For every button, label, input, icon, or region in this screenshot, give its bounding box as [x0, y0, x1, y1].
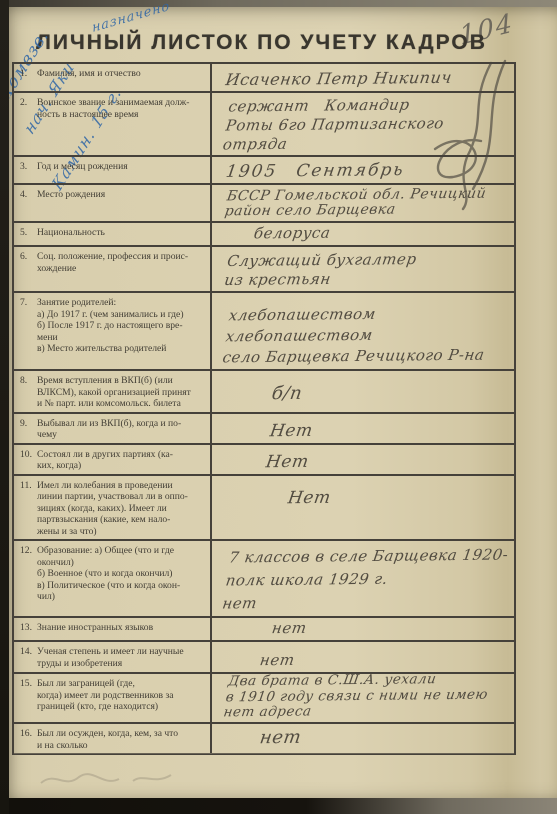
field-label: 10. Состоял ли в других партиях (ка- ких…: [14, 445, 212, 474]
field-number: 6.: [20, 251, 37, 289]
field-label-text: Имел ли колебания в проведении линии пар…: [37, 480, 207, 538]
document-title: ЛИЧНЫЙ ЛИСТОК ПО УЧЕТУ КАДРОВ: [9, 31, 514, 55]
field-number: 16.: [20, 728, 37, 751]
field-label: 2. Воинское звание и занимаемая долж- но…: [14, 93, 212, 155]
field-label: 13. Знание иностранных языков: [14, 618, 212, 640]
field-label: 3. Год и месяц рождения: [14, 157, 212, 183]
field-label-text: Состоял ли в других партиях (ка- ких, ко…: [37, 449, 207, 472]
field-label: 9. Выбывал ли из ВКП(б), когда и по- чем…: [14, 414, 212, 443]
field-label-text: Фамилия, имя и отчество: [37, 68, 207, 89]
scan-edge-bottom: [0, 798, 557, 814]
form-row: 4. Место рождения БССР Гомельской обл. Р…: [14, 185, 514, 223]
field-label-text: Был ли заграницей (где, когда) имеет ли …: [37, 678, 207, 720]
document-paper: 104 ЛИЧНЫЙ ЛИСТОК ПО УЧЕТУ КАДРОВ назнач…: [9, 7, 557, 798]
field-label-text: Выбывал ли из ВКП(б), когда и по- чему: [37, 418, 207, 441]
handwritten-entry: белоруса: [253, 224, 332, 244]
field-value: нет: [212, 724, 514, 753]
field-value: сержант Командир Роты 6го Партизанского …: [212, 93, 514, 155]
field-label: 6. Соц. положение, профессия и проис- хо…: [14, 247, 212, 291]
field-label: 14. Ученая степень и имеет ли научные тр…: [14, 642, 212, 672]
handwritten-entry: нет: [259, 651, 296, 670]
form-row: 10. Состоял ли в других партиях (ка- ких…: [14, 445, 514, 476]
field-number: 7.: [20, 297, 37, 367]
form-row: 5. Национальность белоруса: [14, 223, 514, 247]
field-number: 14.: [20, 646, 37, 670]
scan-edge-left: [0, 0, 9, 814]
field-label-text: Был ли осужден, когда, кем, за что и на …: [37, 728, 207, 751]
field-number: 9.: [20, 418, 37, 441]
field-label-text: Национальность: [37, 227, 207, 243]
field-value: 7 классов в селе Барщевка 1920- полк шко…: [212, 541, 514, 616]
field-number: 4.: [20, 189, 37, 219]
field-label: 12. Образование: а) Общее (что и где око…: [14, 541, 212, 616]
field-label: 4. Место рождения: [14, 185, 212, 221]
field-value: хлебопашеством хлебопашеством село Барще…: [212, 293, 514, 369]
field-label-text: Воинское звание и занимаемая долж- ность…: [37, 97, 207, 153]
handwritten-entry: б/п: [271, 384, 304, 403]
scan-edge-top: [0, 0, 557, 7]
field-value: белоруса: [212, 223, 514, 245]
form-row: 16. Был ли осужден, когда, кем, за что и…: [14, 724, 514, 754]
form-row: 7. Занятие родителей: а) До 1917 г. (чем…: [14, 293, 514, 371]
form-row: 3. Год и месяц рождения 1905 Сентябрь: [14, 157, 514, 185]
field-label-text: Время вступления в ВКП(б) (или ВЛКСМ), к…: [37, 375, 207, 410]
field-label: 5. Национальность: [14, 223, 212, 245]
form-row: 12. Образование: а) Общее (что и где око…: [14, 541, 514, 618]
field-number: 5.: [20, 227, 37, 243]
field-label: 11. Имел ли колебания в проведении линии…: [14, 476, 212, 540]
form-row: 14. Ученая степень и имеет ли научные тр…: [14, 642, 514, 674]
field-value: Нет: [212, 414, 514, 443]
field-number: 12.: [20, 545, 37, 614]
field-value: Нет: [212, 476, 514, 540]
handwritten-entry: Исаченко Петр Никипич: [224, 68, 453, 89]
handwritten-entry: Два брата в С.Ш.А. уехали в 1910 году св…: [222, 672, 491, 721]
field-number: 15.: [20, 678, 37, 720]
field-number: 1.: [20, 68, 37, 89]
handwritten-entry: Служащий бухгалтер из крестьян: [223, 250, 418, 290]
field-label-text: Образование: а) Общее (что и где окончил…: [37, 545, 207, 614]
field-label: 1. Фамилия, имя и отчество: [14, 64, 212, 91]
field-label-text: Знание иностранных языков: [37, 622, 207, 638]
handwritten-entry: нет: [271, 619, 308, 638]
field-value: 1905 Сентябрь: [212, 157, 514, 183]
field-label-text: Занятие родителей: а) До 1917 г. (чем за…: [37, 297, 207, 367]
field-label-text: Ученая степень и имеет ли научные труды …: [37, 646, 207, 670]
field-label: 16. Был ли осужден, когда, кем, за что и…: [14, 724, 212, 753]
field-value: Два брата в С.Ш.А. уехали в 1910 году св…: [212, 674, 514, 722]
field-value: Служащий бухгалтер из крестьян: [212, 247, 514, 291]
form-row: 6. Соц. положение, профессия и проис- хо…: [14, 247, 514, 293]
field-value: Исаченко Петр Никипич: [212, 64, 514, 91]
field-number: 10.: [20, 449, 37, 472]
handwritten-entry: БССР Гомельской обл. Речицкий район село…: [224, 187, 488, 220]
handwritten-entry: Нет: [265, 452, 310, 471]
field-value: БССР Гомельской обл. Речицкий район село…: [212, 185, 514, 221]
handwritten-entry: сержант Командир Роты 6го Партизанского …: [222, 95, 517, 155]
form-row: 11. Имел ли колебания в проведении линии…: [14, 476, 514, 542]
field-value: Нет: [212, 445, 514, 474]
handwritten-entry: Нет: [287, 488, 332, 507]
handwritten-entry: 1905 Сентябрь: [224, 161, 406, 182]
field-number: 11.: [20, 480, 37, 538]
handwritten-entry: 7 классов в селе Барщевка 1920- полк шко…: [221, 544, 510, 616]
field-number: 13.: [20, 622, 37, 638]
form-row: 2. Воинское звание и занимаемая долж- но…: [14, 93, 514, 157]
form-row: 1. Фамилия, имя и отчество Исаченко Петр…: [14, 64, 514, 93]
field-value: нет: [212, 618, 514, 640]
field-value: нет: [212, 642, 514, 672]
form-row: 9. Выбывал ли из ВКП(б), когда и по- чем…: [14, 414, 514, 445]
handwritten-entry: нет: [259, 728, 303, 747]
handwritten-entry: Нет: [269, 421, 314, 440]
field-number: 3.: [20, 161, 37, 181]
form-row: 13. Знание иностранных языков нет: [14, 618, 514, 642]
bleed-through-marks: [37, 765, 187, 793]
personnel-form-table: 1. Фамилия, имя и отчество Исаченко Петр…: [12, 62, 516, 755]
field-label-text: Соц. положение, профессия и проис- хожде…: [37, 251, 207, 289]
handwritten-entry: хлебопашеством хлебопашеством село Барще…: [221, 303, 492, 369]
form-row: 15. Был ли заграницей (где, когда) имеет…: [14, 674, 514, 724]
field-label-text: Год и месяц рождения: [37, 161, 207, 181]
field-value: б/п: [212, 371, 514, 412]
field-label: 7. Занятие родителей: а) До 1917 г. (чем…: [14, 293, 212, 369]
field-label: 8. Время вступления в ВКП(б) (или ВЛКСМ)…: [14, 371, 212, 412]
field-number: 2.: [20, 97, 37, 153]
field-number: 8.: [20, 375, 37, 410]
field-label: 15. Был ли заграницей (где, когда) имеет…: [14, 674, 212, 722]
form-row: 8. Время вступления в ВКП(б) (или ВЛКСМ)…: [14, 371, 514, 414]
field-label-text: Место рождения: [37, 189, 207, 219]
